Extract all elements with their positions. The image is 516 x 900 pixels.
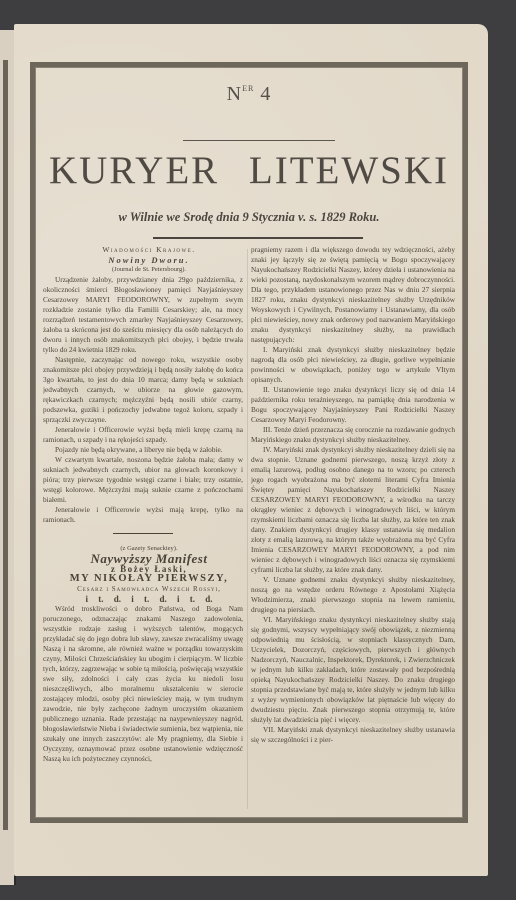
paragraph: W czwartym kwartale, noszona będzie żało… (43, 455, 243, 505)
dateline: w Wilnie we Srodę dnia 9 Stycznia v. s. … (35, 210, 463, 225)
section-heading: Wiadomości Krajowe. (43, 245, 243, 255)
manifest-emperor: MY NIKOŁAY PIERWSZY, (43, 574, 243, 584)
previous-page-border-rule (3, 60, 8, 830)
manifest-paragraph: Wśród troskliwości o dobro Państwa, od B… (43, 604, 243, 764)
manifest-title: Naywyższy Manifest (43, 554, 243, 564)
newspaper-title: KURYER LITEWSKI (35, 148, 463, 193)
source-note: (Journal de St. Petersbourg). (43, 265, 243, 275)
left-column: Wiadomości Krajowe. Nowiny Dworu. (Journ… (43, 245, 243, 815)
article: VII. Maryiński znak dystynkcyi nieskazit… (251, 725, 455, 745)
paragraph: Pojazdy nie będą okrywane, a liberye nie… (43, 445, 243, 455)
masthead-rule (183, 140, 335, 141)
article: IV. Maryiński znak dystynkcyi służby nie… (251, 445, 455, 575)
article: III. Tenże dzień przeznacza się coroczni… (251, 425, 455, 445)
manifest-continuation: pragniemy razem i dla większego dowodu t… (251, 245, 455, 345)
article: VI. Maryińskiego znaku dystynkcyi nieska… (251, 615, 455, 725)
paragraph: Następnie, zaczynając od nowego roku, ws… (43, 355, 243, 425)
section-separator (113, 533, 173, 534)
newspaper-page: NER 4 KURYER LITEWSKI w Wilnie we Srodę … (14, 24, 488, 876)
subheading: Nowiny Dworu. (43, 255, 243, 265)
manifest-etc: i t. d. i t. d. i t. d. (43, 594, 243, 604)
article: II. Ustanowienie tego znaku dystynkcyi l… (251, 385, 455, 425)
paragraph: Jenerałowie i Officerowie wyżsi będą mie… (43, 425, 243, 445)
dateline-rule (153, 237, 363, 239)
article: I. Maryiński znak dystynkcyi służby nies… (251, 345, 455, 385)
right-column: pragniemy razem i dla większego dowodu t… (251, 245, 455, 813)
manifest-titles: Cesarz i Samowładca Wszech Rossyi, (43, 584, 243, 594)
article: V. Uznane godnemi znaku dystynkcyi służb… (251, 575, 455, 615)
paragraph: Urządzenie żałoby, przywdzianey dnia 29g… (43, 275, 243, 355)
page-border-frame: NER 4 KURYER LITEWSKI w Wilnie we Srodę … (30, 62, 468, 823)
paragraph: Jenerałowie i Officerowie wyżsi mają kre… (43, 505, 243, 525)
issue-number: NER 4 (35, 83, 463, 106)
column-divider (247, 249, 248, 809)
